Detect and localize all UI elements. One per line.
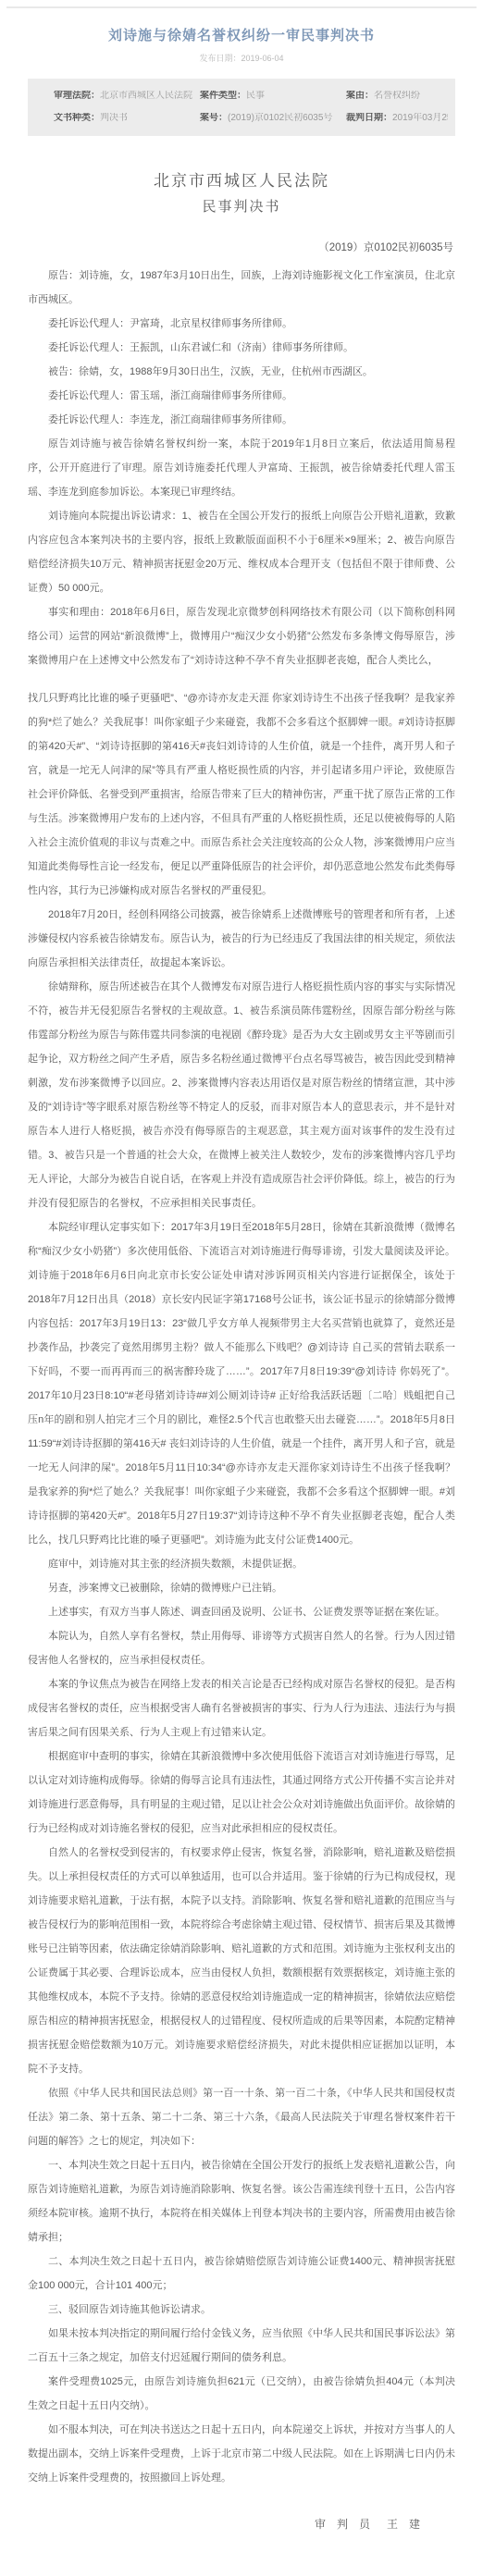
case-number: （2019）京0102民初6035号 (28, 240, 453, 254)
meta-case-type-label: 案件类型： (200, 91, 246, 101)
meta-court-value: 北京市西城区人民法院 (100, 91, 192, 101)
paragraph-facts-reasons-cont: 找几只野鸡比比谁的嗓子更骚吧”、“@亦诗亦友走天涯 你家刘诗诗生不出孩子怪我啊？… (28, 686, 455, 903)
meta-cause-value: 名誉权纠纷 (374, 91, 420, 101)
paragraph-case-filing: 原告刘诗施与被告徐婧名誉权纠纷一案，本院于2019年1月8日立案后，依法适用简易… (28, 432, 455, 504)
meta-doc-type-value: 判决书 (100, 113, 128, 123)
judge-title: 审 判 员 (315, 2518, 370, 2531)
doc-type-heading: 民事判决书 (28, 196, 455, 216)
meta-judge-date-value: 2019年03月25日 (392, 113, 448, 123)
publish-date: 发布日期：2019-06-04 (0, 52, 483, 64)
meta-court: 审理法院：北京市西城区人民法院 (54, 91, 200, 102)
judge-name: 王 建 (387, 2518, 420, 2531)
page-title: 刘诗施与徐婧名誉权纠纷一审民事判决书 (28, 25, 455, 44)
meta-judge-date-label: 裁判日期： (346, 113, 392, 123)
judgment-page: 刘诗施与徐婧名誉权纠纷一审民事判决书 发布日期：2019-06-04 审理法院：… (0, 6, 483, 2576)
paragraph-infringement-finding: 根据庭审中查明的事实，徐婧在其新浪微博中多次使用低俗下流语言对刘诗施进行辱骂，足… (28, 1744, 455, 1841)
meta-doc-type: 文书种类：判决书 (54, 113, 200, 124)
paragraph-court-fees: 案件受理费1025元，由原告刘诗施负担621元（已交纳），由被告徐婧负担404元… (28, 2370, 455, 2418)
paragraph-court-opinion: 本院认为，自然人享有名誉权，禁止用侮辱、诽谤等方式损害自然人的名誉。行为人因过错… (28, 1624, 455, 1672)
paragraph-plaintiff-agent-1: 委托诉讼代理人：尹富琦，北京星权律师事务所律师。 (28, 312, 455, 336)
paragraph-disclosure: 2018年7月20日，经创科网络公司披露，被告徐婧系上述微博账号的管理者和所有者… (28, 903, 455, 975)
paragraph-facts-reasons: 事实和理由：2018年6月6日，原告发现北京微梦创科网络技术有限公司（以下简称创… (28, 600, 455, 672)
meta-case-no-label: 案号： (200, 113, 228, 123)
paragraph-legal-basis: 依照《中华人民共和国民法总则》第一百一十条、第一百二十条，《中华人民共和国侵权责… (28, 2081, 455, 2153)
meta-doc-type-label: 文书种类： (54, 113, 100, 123)
paragraph-ruling-2: 二、本判决生效之日起十五日内，被告徐婧赔偿原告刘诗施公证费1400元、精神损害抚… (28, 2249, 455, 2298)
paragraph-appeal-notice: 如不服本判决，可在判决书送达之日起十五日内，向本院递交上诉状，并按对方当事人的人… (28, 2418, 455, 2490)
court-name-heading: 北京市西城区人民法院 (28, 167, 455, 191)
paragraph-defense: 徐婧辩称，原告所述被告在其个人微博发布对原告进行人格贬损性质内容的事实与实际情况… (28, 975, 455, 1215)
paragraph-evidence-list: 上述事实，有双方当事人陈述、调查回函及说明、公证书、公证费发票等证据在案佐证。 (28, 1600, 455, 1624)
paragraph-dispute-focus: 本案的争议焦点为被告在网络上发表的相关言论是否已经构成对原告名誉权的侵犯。是否构… (28, 1672, 455, 1744)
paragraph-late-payment: 如果未按本判决指定的期间履行给付金钱义务，应当依照《中华人民共和国民事诉讼法》第… (28, 2322, 455, 2370)
meta-case-no: 案号：(2019)京0102民初6035号 (200, 113, 346, 124)
paragraph-court-findings: 本院经审理认定事实如下：2017年3月19日至2018年5月28日，徐婧在其新浪… (28, 1215, 455, 1552)
paragraph-defendant: 被告：徐婧，女，1988年9月30日出生，汉族，无业，住杭州市西湖区。 (28, 360, 455, 384)
meta-case-no-value: (2019)京0102民初6035号 (228, 113, 332, 123)
paragraph-account-cancelled: 另查，涉案博文已被删除，徐婧的微博账户已注销。 (28, 1576, 455, 1600)
paragraph-ruling-1: 一、本判决生效之日起十五日内，被告徐婧在全国公开发行的报纸上发表赔礼道歉公告，向… (28, 2153, 455, 2249)
judge-signature: 审 判 员王 建 (28, 2516, 420, 2532)
meta-court-label: 审理法院： (54, 91, 100, 101)
paragraph-liability: 自然人的名誉权受到侵害的，有权要求停止侵害，恢复名誉，消除影响，赔礼道歉及赔偿损… (28, 1841, 455, 2081)
paragraph-defendant-agent-2: 委托诉讼代理人：李连龙，浙江商瑞律师事务所律师。 (28, 408, 455, 432)
meta-judge-date: 裁判日期：2019年03月25日 (346, 113, 448, 124)
meta-cause-label: 案由： (346, 91, 374, 101)
paragraph-ruling-3: 三、驳回原告刘诗施其他诉讼请求。 (28, 2298, 455, 2322)
paragraph-defendant-agent-1: 委托诉讼代理人：雷玉瑶，浙江商瑞律师事务所律师。 (28, 384, 455, 408)
meta-case-type: 案件类型：民事 (200, 91, 346, 102)
paragraph-trial-evidence: 庭审中，刘诗施对其主张的经济损失数额，未提供证据。 (28, 1552, 455, 1576)
paragraph-claims: 刘诗施向本院提出诉讼请求：1、被告在全国公开发行的报纸上向原告公开赔礼道歉，致歉… (28, 504, 455, 600)
judgment-body: 原告：刘诗施，女，1987年3月10日出生，回族，上海刘诗施影视文化工作室演员，… (28, 264, 455, 2490)
case-meta-box: 审理法院：北京市西城区人民法院 案件类型：民事 案由：名誉权纠纷 文书种类：判决… (28, 79, 455, 136)
top-divider (6, 6, 477, 8)
meta-cause: 案由：名誉权纠纷 (346, 91, 448, 102)
paragraph-plaintiff-agent-2: 委托诉讼代理人：王振凯，山东君诚仁和（济南）律师事务所律师。 (28, 336, 455, 360)
paragraph-plaintiff: 原告：刘诗施，女，1987年3月10日出生，回族，上海刘诗施影视文化工作室演员，… (28, 264, 455, 312)
meta-case-type-value: 民事 (246, 91, 265, 101)
